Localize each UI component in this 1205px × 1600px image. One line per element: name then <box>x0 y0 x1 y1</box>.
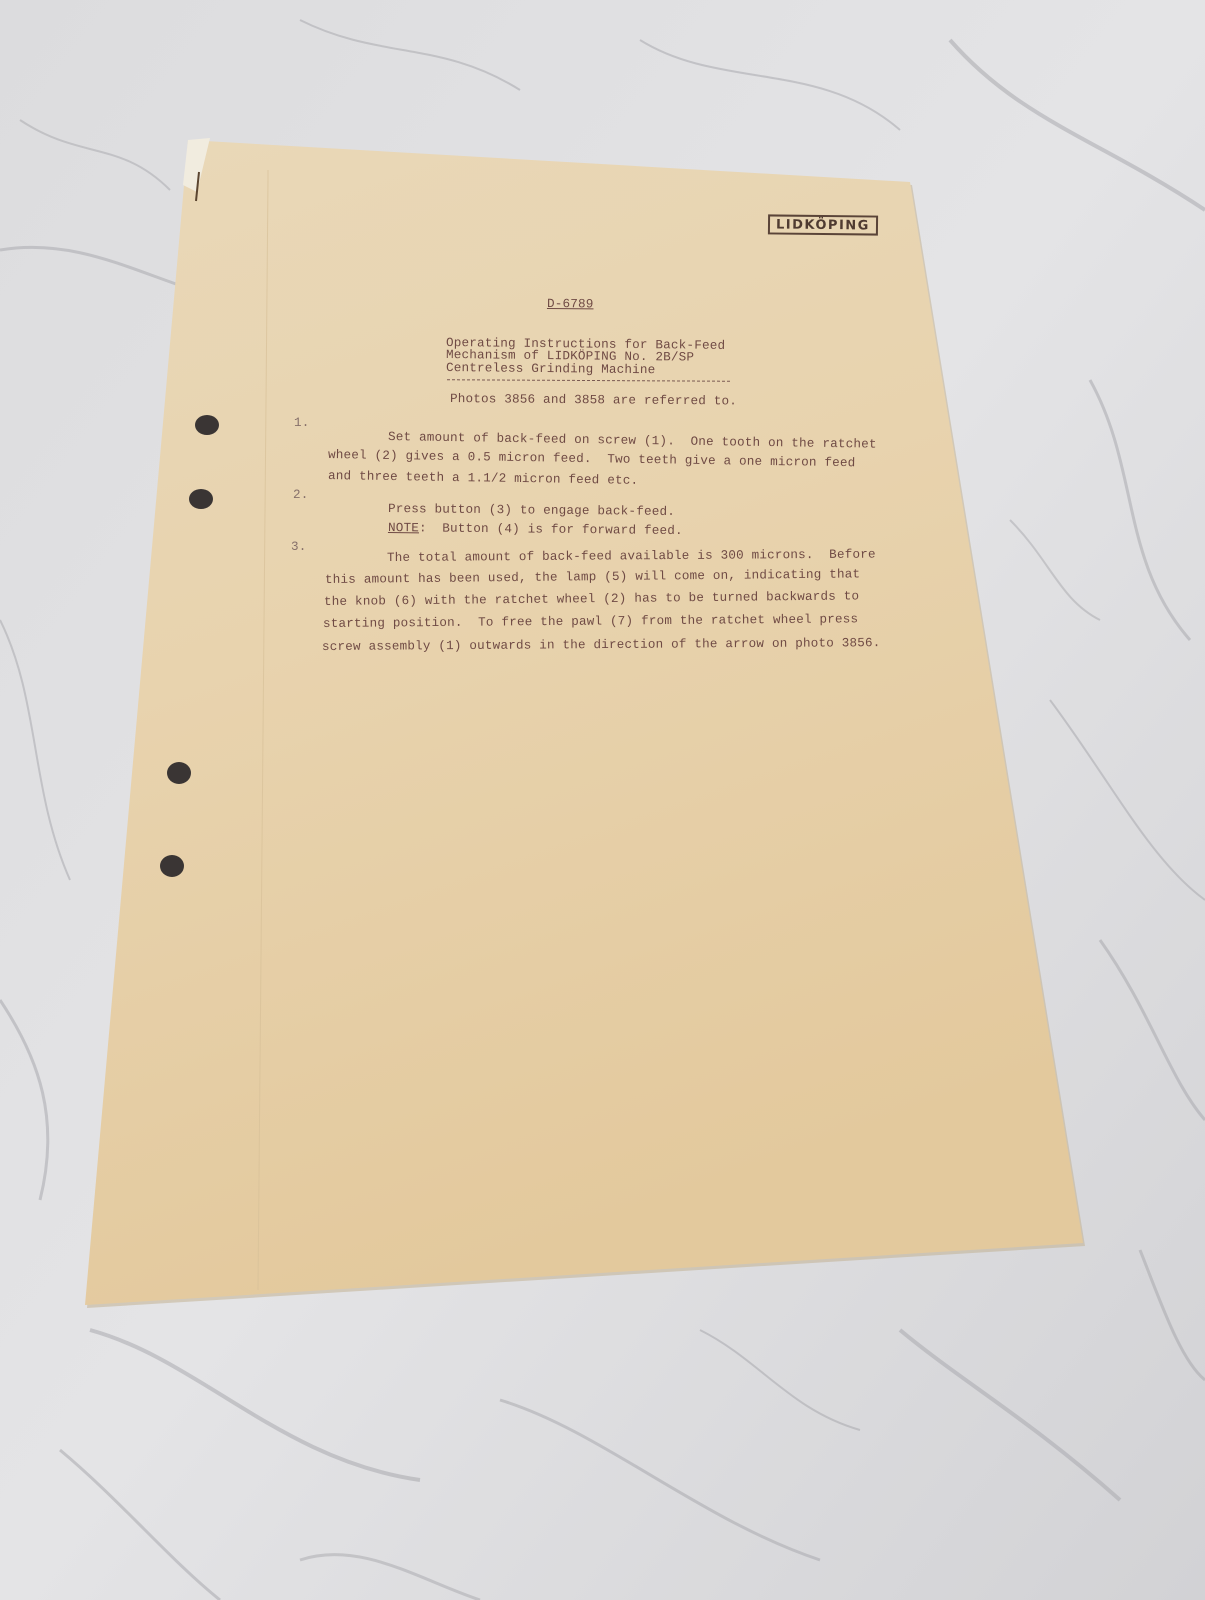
item-text-line: Press button (3) to engage back-feed. <box>388 502 675 519</box>
title-line: Centreless Grinding Machine <box>446 361 656 377</box>
item-number: 1. <box>294 416 310 430</box>
document-number: D-6789 <box>547 297 594 311</box>
document-sheet <box>0 0 1205 1600</box>
item-number: 3. <box>291 540 307 554</box>
item-number: 2. <box>293 488 309 502</box>
note-label: NOTE <box>388 521 419 535</box>
reference-line: Photos 3856 and 3858 are referred to. <box>450 392 737 409</box>
company-stamp: LIDKÖPING <box>768 214 878 235</box>
note-text: : Button (4) is for forward feed. <box>419 521 683 538</box>
